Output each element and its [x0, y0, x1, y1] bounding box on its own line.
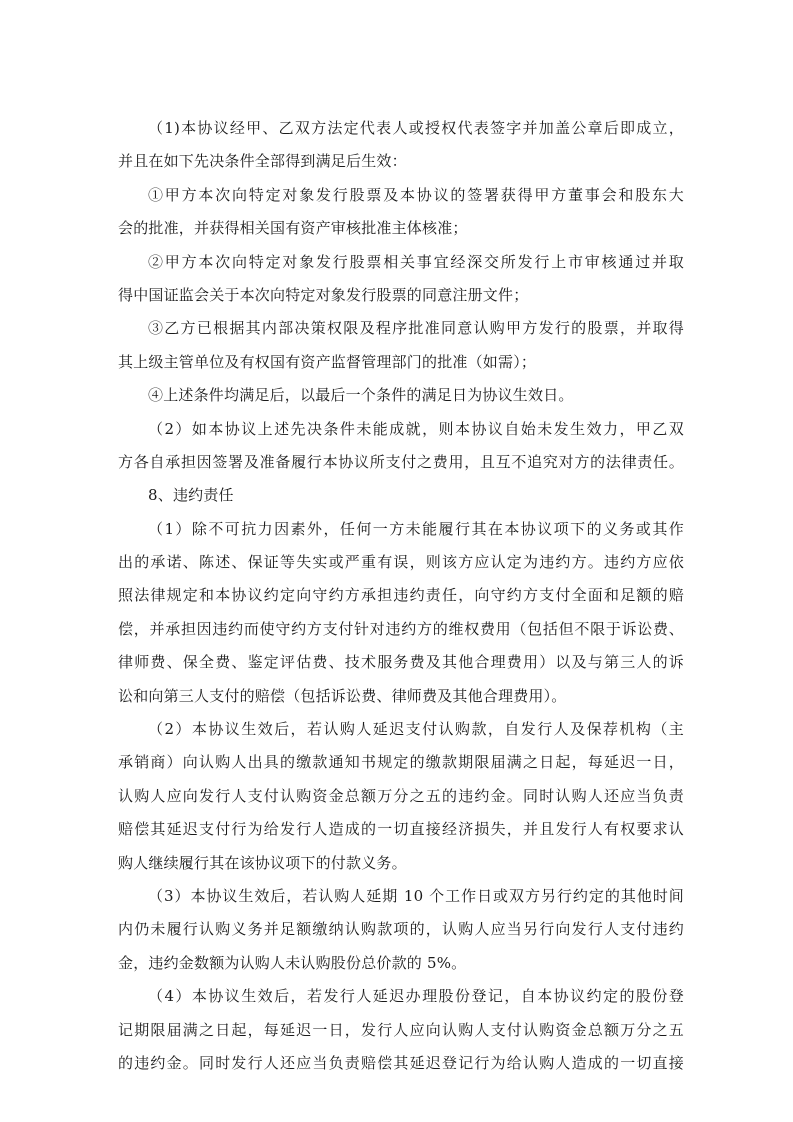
text-line: 并且在如下先决条件全部得到满足后生效： [118, 145, 684, 178]
paragraph-effectiveness: （1)本协议经甲、乙双方法定代表人或授权代表签字并加盖公章后即成立， 并且在如下… [118, 112, 684, 179]
text-line: 金，违约金数额为认购人未认购股份总价款的 5%。 [118, 947, 684, 980]
text-line: 承销商）向认购人出具的缴款通知书规定的缴款期限届满之日起，每延迟一日， [118, 746, 684, 779]
condition-3: ③乙方已根据其内部决策权限及程序批准同意认购甲方发行的股票，并取得 其上级主管单… [118, 312, 684, 379]
text-line: 照法律规定和本协议约定向守约方承担违约责任，向守约方支付全面和足额的赔 [118, 579, 684, 612]
paragraph-late-registration: （4）本协议生效后，若发行人延迟办理股份登记，自本协议约定的股份登 记期限届满之… [118, 980, 684, 1080]
paragraph-conditions-unmet: （2）如本协议上述先决条件未能成就，则本协议自始未发生效力，甲乙双 方各自承担因… [118, 413, 684, 480]
paragraph-breach-general: （1）除不可抗力因素外，任何一方未能履行其在本协议项下的义务或其作 出的承诺、陈… [118, 513, 684, 713]
text-line: ④上述条件均满足后，以最后一个条件的满足日为协议生效日。 [118, 379, 684, 412]
text-line: ②甲方本次向特定对象发行股票相关事宜经深交所发行上市审核通过并取 [118, 246, 684, 279]
text-line: ③乙方已根据其内部决策权限及程序批准同意认购甲方发行的股票，并取得 [118, 312, 684, 345]
text-line: 购人继续履行其在该协议项下的付款义务。 [118, 847, 684, 880]
condition-1: ①甲方本次向特定对象发行股票及本协议的签署获得甲方董事会和股东大 会的批准，并获… [118, 179, 684, 246]
text-line: 偿，并承担因违约而使守约方支付针对违约方的维权费用（包括但不限于诉讼费、 [118, 613, 684, 646]
text-line: （2）本协议生效后，若认购人延迟支付认购款，自发行人及保荐机构（主 [118, 713, 684, 746]
text-line: （1）除不可抗力因素外，任何一方未能履行其在本协议项下的义务或其作 [118, 513, 684, 546]
text-line: 出的承诺、陈述、保证等失实或严重有误，则该方应认定为违约方。违约方应依 [118, 546, 684, 579]
text-line: 赔偿其延迟支付行为给发行人造成的一切直接经济损失，并且发行人有权要求认 [118, 813, 684, 846]
text-line: 讼和向第三人支付的赔偿（包括诉讼费、律师费及其他合理费用）。 [118, 680, 684, 713]
text-line: （3）本协议生效后，若认购人延期 10 个工作日或双方另行约定的其他时间 [118, 880, 684, 913]
text-line: （4）本协议生效后，若发行人延迟办理股份登记，自本协议约定的股份登 [118, 980, 684, 1013]
condition-2: ②甲方本次向特定对象发行股票相关事宜经深交所发行上市审核通过并取 得中国证监会关… [118, 246, 684, 313]
paragraph-failure-to-subscribe: （3）本协议生效后，若认购人延期 10 个工作日或双方另行约定的其他时间 内仍未… [118, 880, 684, 980]
text-line: 会的批准，并获得相关国有资产审核批准主体核准； [118, 212, 684, 245]
text-line: 其上级主管单位及有权国有资产监督管理部门的批准（如需）； [118, 346, 684, 379]
text-line: 方各自承担因签署及准备履行本协议所支付之费用，且互不追究对方的法律责任。 [118, 446, 684, 479]
text-line: （1)本协议经甲、乙双方法定代表人或授权代表签字并加盖公章后即成立， [118, 112, 684, 145]
section-heading-breach-liability: 8、违约责任 [118, 479, 684, 512]
paragraph-late-payment: （2）本协议生效后，若认购人延迟支付认购款，自发行人及保荐机构（主 承销商）向认… [118, 713, 684, 880]
section-title: 8、违约责任 [118, 479, 684, 512]
text-line: （2）如本协议上述先决条件未能成就，则本协议自始未发生效力，甲乙双 [118, 413, 684, 446]
text-line: 记期限届满之日起，每延迟一日，发行人应向认购人支付认购资金总额万分之五 [118, 1014, 684, 1047]
text-line: 内仍未履行认购义务并足额缴纳认购款项的，认购人应当另行向发行人支付违约 [118, 913, 684, 946]
text-line: 律师费、保全费、鉴定评估费、技术服务费及其他合理费用）以及与第三人的诉 [118, 646, 684, 679]
condition-4: ④上述条件均满足后，以最后一个条件的满足日为协议生效日。 [118, 379, 684, 412]
text-line: 得中国证监会关于本次向特定对象发行股票的同意注册文件； [118, 279, 684, 312]
text-line: ①甲方本次向特定对象发行股票及本协议的签署获得甲方董事会和股东大 [118, 179, 684, 212]
text-line: 的违约金。同时发行人还应当负责赔偿其延迟登记行为给认购人造成的一切直接 [118, 1047, 684, 1080]
document-page: （1)本协议经甲、乙双方法定代表人或授权代表签字并加盖公章后即成立， 并且在如下… [118, 112, 684, 1080]
text-line: 认购人应向发行人支付认购资金总额万分之五的违约金。同时认购人还应当负责 [118, 780, 684, 813]
